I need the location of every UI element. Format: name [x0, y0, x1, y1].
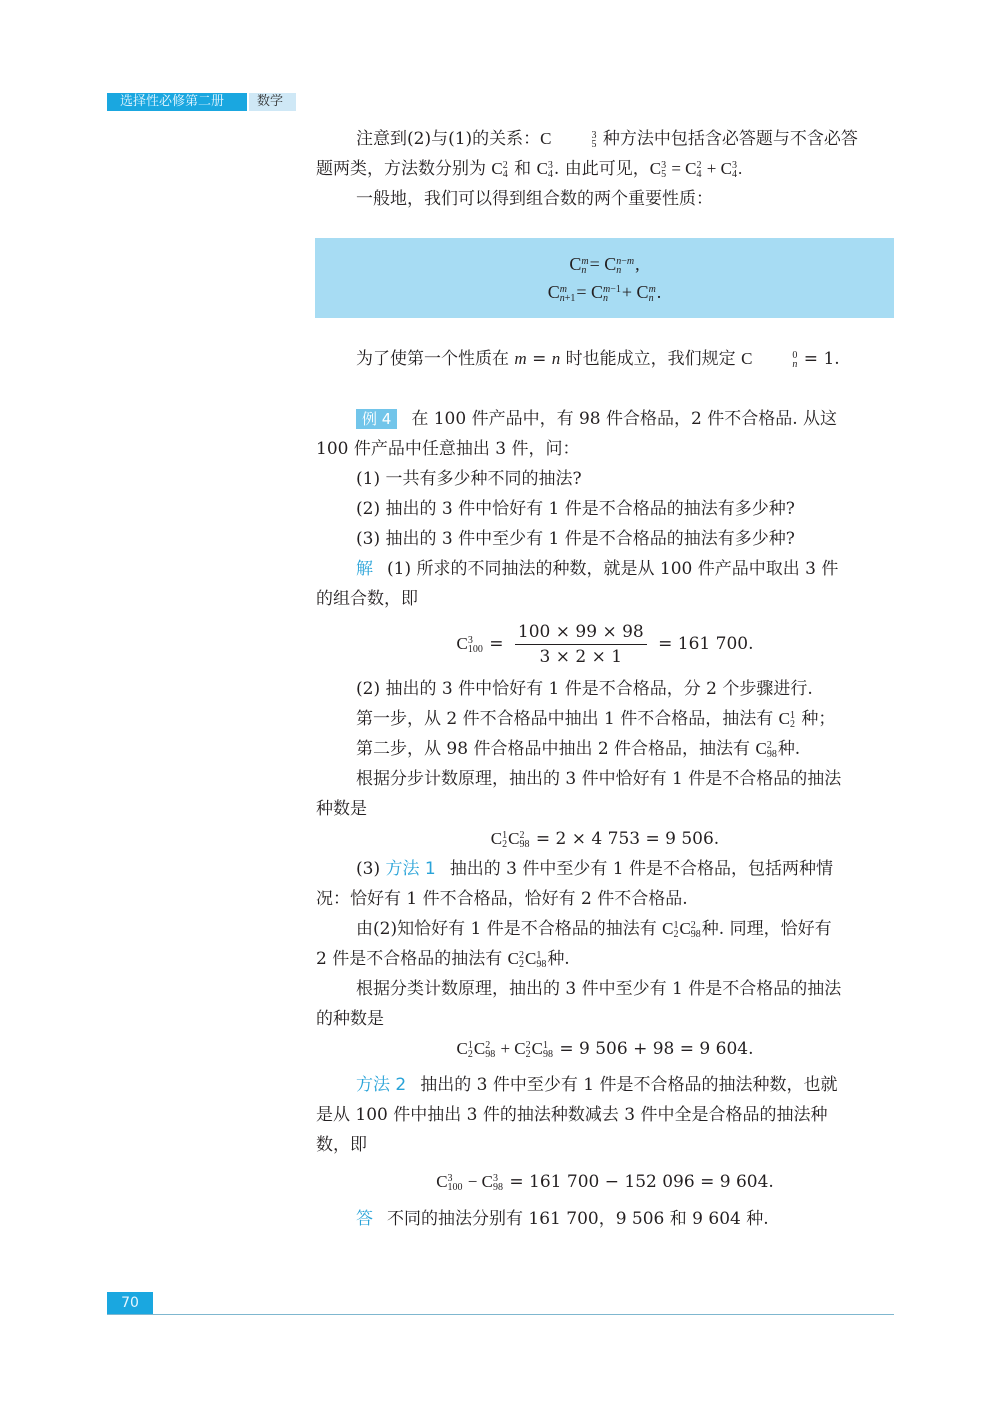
answer-label: 答	[356, 1209, 373, 1229]
method-1-label: 方法 1	[385, 859, 435, 879]
text: (3)	[356, 859, 385, 879]
text: 种.	[547, 949, 569, 969]
text: (2) 抽出的 3 件中恰好有 1 件是不合格品，分 2 个步骤进行.	[316, 674, 894, 704]
equation-1: C3100 = 100 × 99 × 983 × 2 × 1 = 161 700…	[316, 614, 894, 674]
text: 和	[509, 159, 537, 179]
text: 的组合数，即	[316, 584, 894, 614]
equation-3: C12C298 + C22C198 = 9 506 + 98 = 9 604.	[316, 1034, 894, 1064]
text: 由(2)知恰好有 1 件是不合格品的抽法有	[356, 919, 662, 939]
numerator: 100 × 99 × 98	[515, 620, 647, 645]
text: 第一步，从 2 件不合格品中抽出 1 件不合格品，抽法有	[356, 709, 779, 729]
text: = 2 × 4 753 = 9 506.	[536, 829, 719, 849]
text: 种.	[778, 739, 800, 759]
equation-4: C3100 − C398 = 161 700 − 152 096 = 9 604…	[316, 1160, 894, 1204]
page-number: 70	[107, 1292, 153, 1314]
solution-label: 解	[356, 559, 373, 579]
text: 种方法中包括含必答题与不含必答	[598, 129, 858, 149]
properties-box: Cmn= Cn−mn, Cmn+1= Cm−1n+ Cmn.	[315, 238, 894, 318]
convention-text: 为了使第一个性质在 m = n 时也能成立，我们规定 C0n = 1.	[316, 344, 894, 374]
example-tag: 例 4	[356, 409, 397, 429]
text: = 9 506 + 98 = 9 604.	[559, 1039, 753, 1059]
formula-symmetry: Cmn= Cn−mn,	[315, 250, 894, 278]
text: 根据分步计数原理，抽出的 3 件中恰好有 1 件是不合格品的抽法	[316, 764, 894, 794]
text: 种. 同理，恰好有	[702, 919, 832, 939]
text: = 161 700 − 152 096 = 9 604.	[509, 1172, 773, 1192]
example-4: 例 4在 100 件产品中，有 98 件合格品，2 件不合格品. 从这 100 …	[316, 404, 894, 1234]
book-title: 选择性必修第二册	[107, 93, 247, 111]
question-1: (1) 一共有多少种不同的抽法?	[316, 464, 894, 494]
text: 第二步，从 98 件合格品中抽出 2 件合格品，抽法有	[356, 739, 755, 759]
subject-label: 数学	[249, 93, 296, 111]
running-header: 选择性必修第二册 数学	[107, 93, 296, 111]
text: . 由此可见，	[554, 159, 650, 179]
text: 在 100 件产品中，有 98 件合格品，2 件不合格品. 从这	[411, 409, 837, 429]
text: 数，即	[316, 1130, 894, 1160]
intro-text: 注意到(2)与(1)的关系：C35 种方法中包括含必答题与不含必答 题两类，方法…	[316, 124, 894, 214]
formula-pascal: Cmn+1= Cm−1n+ Cmn.	[315, 278, 894, 306]
footer-rule	[107, 1314, 894, 1315]
denominator: 3 × 2 × 1	[515, 645, 647, 669]
text: 种；	[796, 709, 835, 729]
text: = 1.	[798, 349, 839, 369]
text: 2 件是不合格品的抽法有	[316, 949, 508, 969]
question-3: (3) 抽出的 3 件中至少有 1 件是不合格品的抽法有多少种?	[316, 524, 894, 554]
text: 的种数是	[316, 1004, 894, 1034]
text: 况：恰好有 1 件不合格品，恰好有 2 件不合格品.	[316, 884, 894, 914]
text: 种数是	[316, 794, 894, 824]
text: = 161 700.	[658, 634, 753, 654]
text: 不同的抽法分别有 161 700，9 506 和 9 604 种.	[387, 1209, 769, 1229]
intro-line3: 一般地，我们可以得到组合数的两个重要性质：	[316, 184, 894, 214]
text: 100 件产品中任意抽出 3 件，问：	[316, 434, 894, 464]
text: 题两类，方法数分别为	[316, 159, 491, 179]
text: 抽出的 3 件中至少有 1 件是不合格品，包括两种情	[450, 859, 833, 879]
text: 时也能成立，我们规定	[560, 349, 741, 369]
equation-2: C12C298 = 2 × 4 753 = 9 506.	[316, 824, 894, 854]
text: 抽出的 3 件中至少有 1 件是不合格品的抽法种数，也就	[420, 1075, 837, 1095]
text: 为了使第一个性质在	[356, 349, 514, 369]
text: 是从 100 件中抽出 3 件的抽法种数减去 3 件中全是合格品的抽法种	[316, 1100, 894, 1130]
text: (1) 所求的不同抽法的种数，就是从 100 件产品中取出 3 件	[387, 559, 838, 579]
question-2: (2) 抽出的 3 件中恰好有 1 件是不合格品的抽法有多少种?	[316, 494, 894, 524]
text: 根据分类计数原理，抽出的 3 件中至少有 1 件是不合格品的抽法	[316, 974, 894, 1004]
text: 注意到(2)与(1)的关系：	[356, 129, 540, 149]
method-2-label: 方法 2	[356, 1075, 406, 1095]
